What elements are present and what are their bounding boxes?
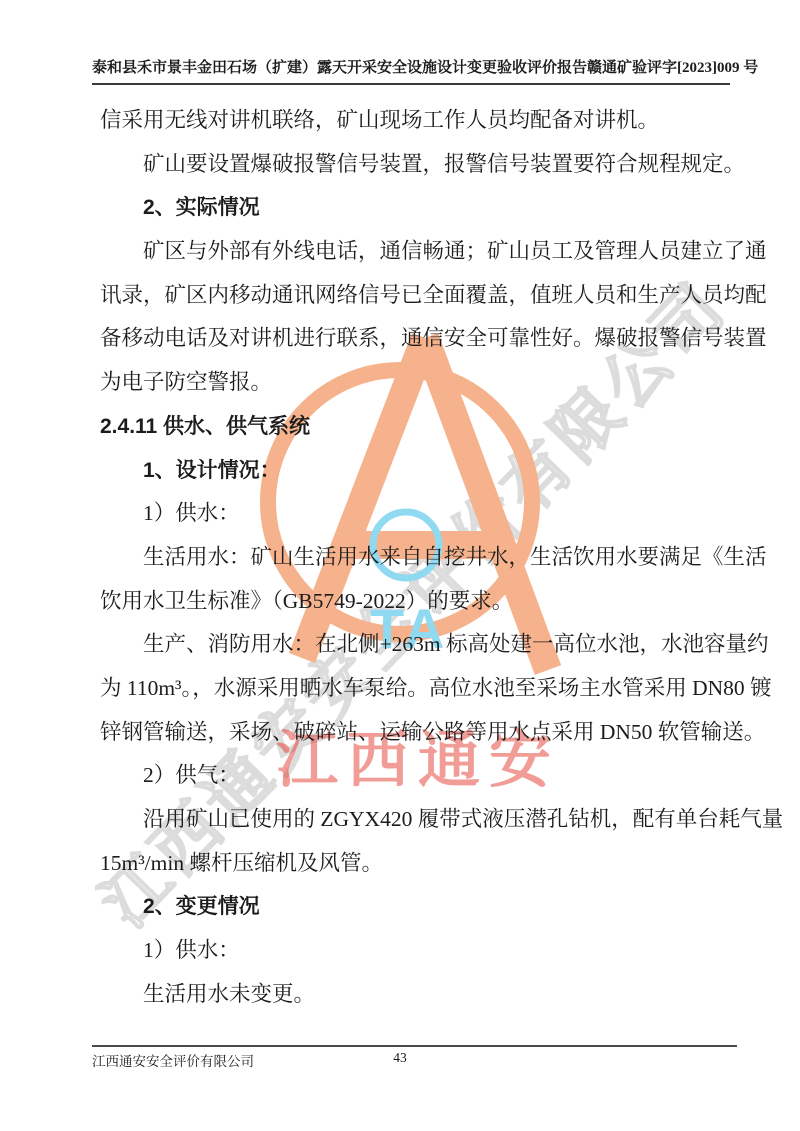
footer-page-number: 43: [0, 1050, 800, 1066]
body-line-11: 生活用水：矿山生活用水来自自挖井水，生活饮用水要满足《生活: [100, 536, 706, 580]
body-line-14: 为 110m³。，水源采用晒水车泵给。高位水池至采场主水管采用 DN80 镀: [100, 667, 706, 711]
body-line-18: 15m³/min 螺杆压缩机及风管。: [100, 842, 706, 886]
body-line-16: 2）供气：: [100, 754, 706, 798]
body-line-6: 备移动电话及对讲机进行联系，通信安全可靠性好。爆破报警信号装置: [100, 317, 706, 361]
footer-rule: [92, 1045, 737, 1047]
header-report-title: 泰和县禾市景丰金田石场（扩建）露天开采安全设施设计变更验收评价报告: [92, 56, 587, 77]
body-line-13: 生产、消防用水：在北侧+263m 标高处建一高位水池，水池容量约: [100, 623, 706, 667]
body-line-10: 1）供水：: [100, 492, 706, 536]
header-doc-number: 赣通矿验评字[2023]009 号: [587, 56, 758, 77]
body-line-8: 2.4.11 供水、供气系统: [100, 405, 706, 449]
body-line-12: 饮用水卫生标准》（GB5749-2022）的要求。: [100, 580, 706, 624]
body-line-3: 2、实际情况: [100, 186, 706, 230]
body-line-20: 1）供水：: [100, 929, 706, 973]
body-line-19: 2、变更情况: [100, 885, 706, 929]
body-line-17: 沿用矿山已使用的 ZGYX420 履带式液压潜孔钻机，配有单台耗气量: [100, 798, 706, 842]
report-page: 江西通安安全评价有限公司 TA 江西通安 泰和县禾市景丰金田石场（扩建）露天开采…: [0, 0, 800, 1131]
body-line-9: 1、设计情况：: [100, 449, 706, 493]
body-line-5: 讯录，矿区内移动通讯网络信号已全面覆盖，值班人员和生产人员均配: [100, 274, 706, 318]
page-header: 泰和县禾市景丰金田石场（扩建）露天开采安全设施设计变更验收评价报告 赣通矿验评字…: [92, 50, 730, 85]
body-line-4: 矿区与外部有外线电话，通信畅通；矿山员工及管理人员建立了通: [100, 230, 706, 274]
body-line-15: 锌钢管输送，采场、破碎站、运输公路等用水点采用 DN50 软管输送。: [100, 711, 706, 755]
body-line-7: 为电子防空警报。: [100, 361, 706, 405]
body-line-21: 生活用水未变更。: [100, 973, 706, 1017]
body-line-1: 信采用无线对讲机联络，矿山现场工作人员均配备对讲机。: [100, 99, 706, 143]
body-line-2: 矿山要设置爆破报警信号装置，报警信号装置要符合规程规定。: [100, 143, 706, 187]
body-lines: 信采用无线对讲机联络，矿山现场工作人员均配备对讲机。矿山要设置爆破报警信号装置，…: [100, 99, 706, 1016]
